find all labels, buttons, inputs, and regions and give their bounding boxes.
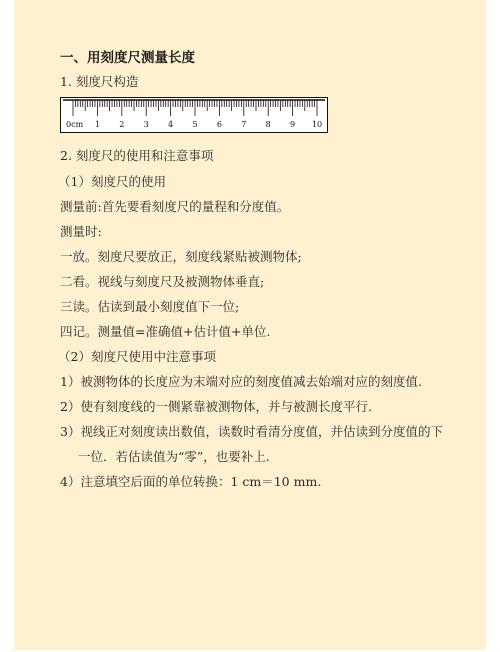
step-2: 二看。视线与刻度尺及被测物体垂直; [60, 274, 264, 290]
svg-text:2: 2 [119, 120, 124, 129]
before-measure: 测量前:首先要看刻度尺的量程和分度值。 [60, 199, 289, 215]
svg-text:6: 6 [217, 120, 222, 129]
during-measure: 测量时: [60, 224, 102, 240]
svg-text:5: 5 [192, 120, 197, 129]
note-1: 1）被测物体的长度应为末端对应的刻度值减去始端对应的刻度值. [60, 374, 422, 390]
svg-text:1: 1 [95, 120, 100, 129]
svg-text:7: 7 [241, 120, 246, 129]
subheading-ruler-structure: 1. 刻度尺构造 [60, 74, 138, 90]
svg-text:4: 4 [168, 120, 173, 129]
svg-text:3: 3 [144, 120, 149, 129]
svg-text:9: 9 [290, 120, 295, 129]
part1-title: （1）刻度尺的使用 [58, 174, 166, 190]
section-title: 一、用刻度尺测量长度 [60, 50, 195, 66]
svg-text:8: 8 [266, 120, 271, 129]
ruler-ticks: 0cm12345678910 [61, 98, 327, 132]
note-3: 3）视线正对刻度读出数值，读数时看清分度值，并估读到分度值的下 [60, 424, 443, 440]
step-1: 一放。刻度尺要放正，刻度线紧贴被测物体; [60, 249, 302, 265]
note-2: 2）使有刻度线的一侧紧靠被测物体，并与被测长度平行. [60, 399, 372, 415]
ruler-image: 0cm12345678910 [60, 97, 328, 133]
svg-text:0cm: 0cm [66, 120, 84, 129]
part2-title: （2）刻度尺使用中注意事项 [58, 349, 216, 365]
step-3: 三读。估读到最小刻度值下一位; [60, 299, 239, 315]
note-4: 4）注意填空后面的单位转换：1 cm＝10 mm. [60, 474, 321, 490]
svg-text:10: 10 [312, 120, 322, 129]
step-4: 四记。测量值=准确值+估计值+单位. [60, 324, 270, 340]
note-3-cont: 一位．若估读值为“零”，也要补上. [78, 449, 270, 465]
subheading-usage: 2. 刻度尺的使用和注意事项 [60, 148, 213, 164]
